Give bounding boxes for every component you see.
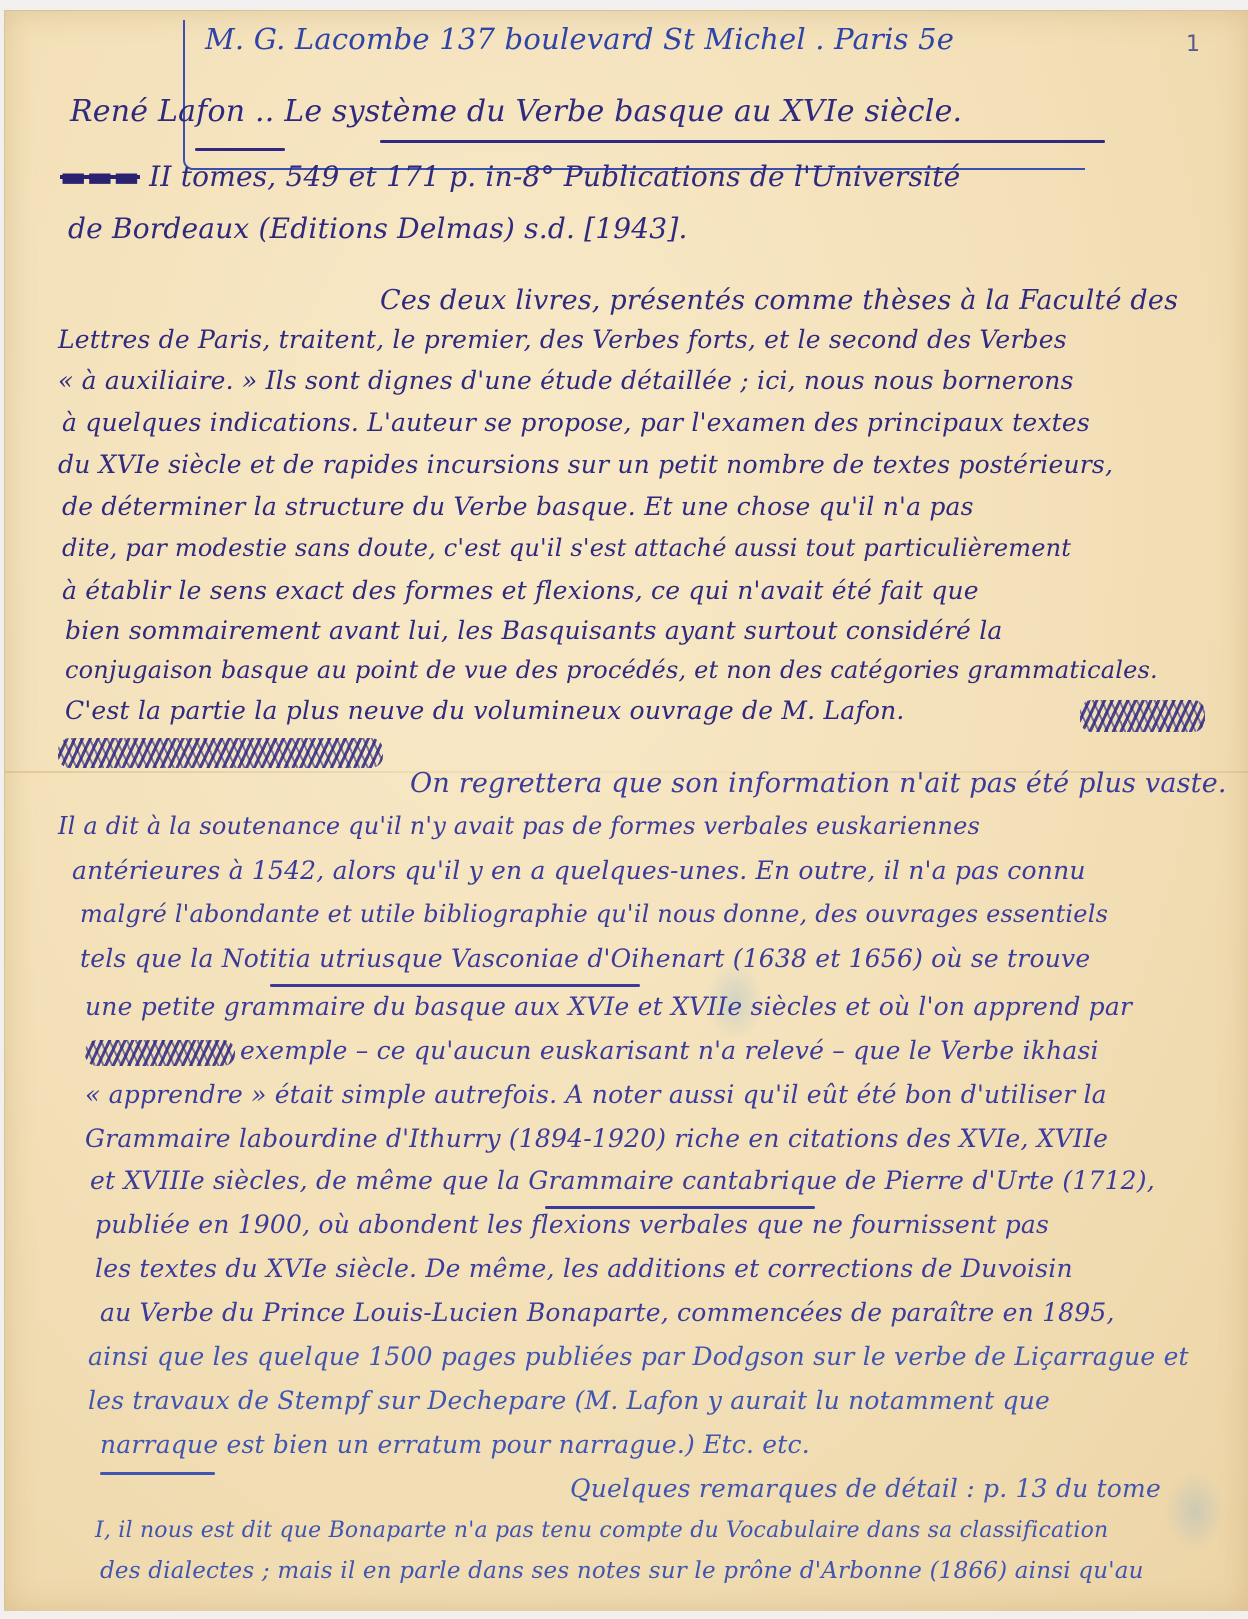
crossed-out-text xyxy=(58,738,383,768)
ink-stain xyxy=(1165,1471,1225,1551)
p2-line-12: les textes du XVIe siècle. De même, les … xyxy=(95,1254,1073,1283)
p2-line-8: « apprendre » était simple autrefois. A … xyxy=(85,1080,1107,1109)
bibliography-line-1: ▬▬▬ II tomes, 549 et 171 p. in-8° Public… xyxy=(60,160,960,193)
p1-line-1: Ces deux livres, présentés comme thèses … xyxy=(380,285,1178,316)
bibliography-line-2: de Bordeaux (Editions Delmas) s.d. [1943… xyxy=(68,212,688,245)
p1-line-3: « à auxiliaire. » Ils sont dignes d'une … xyxy=(58,366,1074,395)
p2-line-7: exemple – ce qu'aucun euskarisant n'a re… xyxy=(240,1036,1099,1065)
p2-line-13: au Verbe du Prince Louis-Lucien Bonapart… xyxy=(100,1298,1115,1327)
title-work-underline xyxy=(380,140,1105,143)
header-address: M. G. Lacombe 137 boulevard St Michel . … xyxy=(205,22,954,56)
p2-line-16: narraque est bien un erratum pour narrag… xyxy=(100,1430,810,1459)
p2-line-11: publiée en 1900, où abondent les flexion… xyxy=(95,1210,1049,1239)
p2-line-2: Il a dit à la soutenance qu'il n'y avait… xyxy=(58,812,980,840)
p2-line-5: tels que la Notitia utriusque Vasconiae … xyxy=(80,944,1090,973)
title-author-underline xyxy=(195,148,285,151)
p3-line-2: I, il nous est dit que Bonaparte n'a pas… xyxy=(95,1518,1108,1543)
p1-line-10: conjugaison basque au point de vue des p… xyxy=(65,656,1158,684)
p2-line-1: On regrettera que son information n'ait … xyxy=(410,768,1227,799)
p2-line-10: et XVIIIe siècles, de même que la Gramma… xyxy=(90,1166,1155,1195)
p1-line-5: du XVIe siècle et de rapides incursions … xyxy=(58,450,1113,479)
p1-line-7: dite, par modestie sans doute, c'est qu'… xyxy=(62,534,1071,562)
p1-line-2: Lettres de Paris, traitent, le premier, … xyxy=(58,325,1067,354)
p2-line-9: Grammaire labourdine d'Ithurry (1894-192… xyxy=(85,1124,1108,1153)
p1-line-6: de déterminer la structure du Verbe basq… xyxy=(62,492,974,521)
p2-line-4: malgré l'abondante et utile bibliographi… xyxy=(80,900,1108,928)
title-line: René Lafon .. Le système du Verbe basque… xyxy=(70,94,962,129)
p3-line-1: Quelques remarques de détail : p. 13 du … xyxy=(570,1474,1161,1503)
notitia-underline xyxy=(270,984,640,987)
p1-line-11: C'est la partie la plus neuve du volumin… xyxy=(65,696,905,725)
p1-line-9: bien sommairement avant lui, les Basquis… xyxy=(65,616,1003,645)
grammaire-underline xyxy=(545,1206,815,1209)
crossed-out-text xyxy=(85,1040,235,1066)
narraque-underline xyxy=(100,1472,215,1475)
crossed-out-text xyxy=(1080,700,1205,732)
p3-line-3: des dialectes ; mais il en parle dans se… xyxy=(100,1558,1144,1584)
page-number: 1 xyxy=(1186,32,1200,57)
p1-line-8: à établir le sens exact des formes et fl… xyxy=(62,576,979,605)
p2-line-14: ainsi que les quelque 1500 pages publiée… xyxy=(88,1342,1189,1371)
p2-line-15: les travaux de Stempf sur Dechepare (M. … xyxy=(88,1386,1050,1415)
p2-line-6: une petite grammaire du basque aux XVIe … xyxy=(85,992,1132,1021)
struck-word: ▬▬▬ xyxy=(60,160,140,193)
p2-line-3: antérieures à 1542, alors qu'il y en a q… xyxy=(72,856,1086,885)
p1-line-4: à quelques indications. L'auteur se prop… xyxy=(62,408,1090,437)
